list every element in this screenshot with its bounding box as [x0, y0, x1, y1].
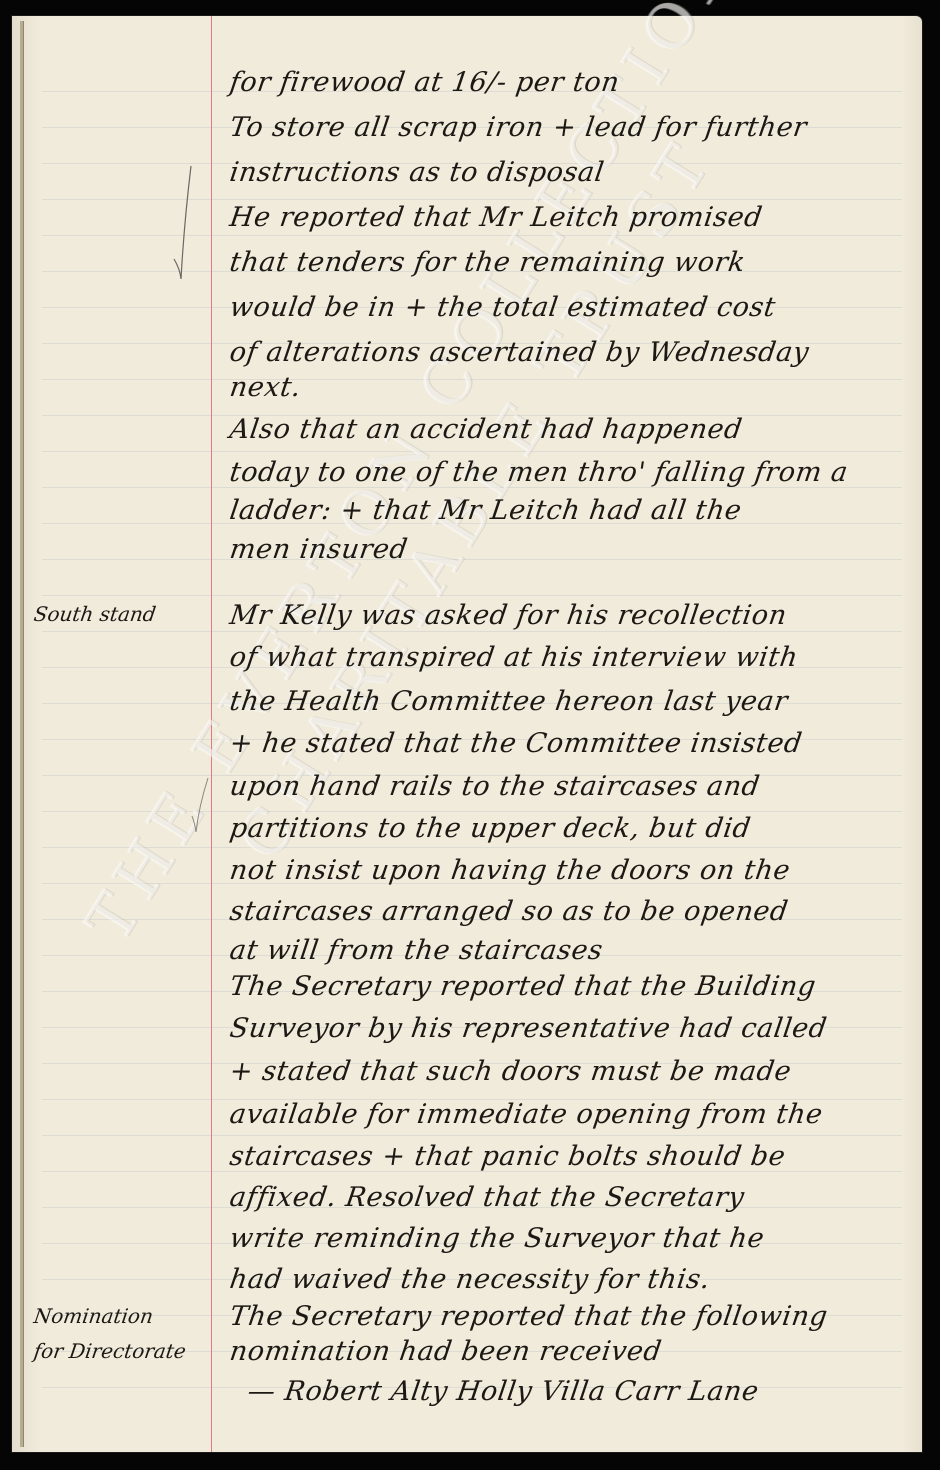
minute-line: The Secretary reported that the Building: [228, 973, 818, 1000]
minute-line: nomination had been received: [228, 1338, 663, 1365]
minute-line: instructions as to disposal: [228, 159, 606, 186]
minute-line: for firewood at 16/- per ton: [228, 69, 621, 96]
minute-line: write reminding the Surveyor that he: [228, 1225, 766, 1252]
minute-line: of alterations ascertained by Wednesday: [228, 339, 811, 366]
minute-line: + he stated that the Committee insisted: [228, 730, 804, 757]
minute-book-page: THE EVERTON COLLECTION CHARITABLE TRUST …: [12, 16, 922, 1452]
minute-line: Also that an accident had happened: [228, 416, 744, 443]
minute-line: available for immediate opening from the: [228, 1101, 824, 1128]
minute-line: Mr Kelly was asked for his recollection: [228, 602, 789, 629]
minute-line: at will from the staircases: [228, 937, 605, 964]
minute-line: upon hand rails to the staircases and: [228, 773, 761, 800]
minute-line: next.: [228, 374, 303, 401]
minute-line: staircases arranged so as to be opened: [228, 898, 790, 925]
margin-label-directorate: for Directorate: [32, 1339, 187, 1363]
red-margin-rule: [211, 16, 212, 1452]
nominee-line: — Robert Alty Holly Villa Carr Lane: [246, 1378, 760, 1405]
minute-line: + stated that such doors must be made: [228, 1058, 793, 1085]
minute-line: today to one of the men thro' falling fr…: [228, 459, 850, 486]
minute-line: To store all scrap iron + lead for furth…: [228, 114, 809, 141]
minute-line: affixed. Resolved that the Secretary: [228, 1184, 746, 1211]
minute-line: that tenders for the remaining work: [228, 249, 747, 276]
minute-line: of what transpired at his interview with: [228, 644, 800, 671]
margin-label-nomination: Nomination: [32, 1304, 154, 1328]
minute-line: ladder: + that Mr Leitch had all the: [228, 497, 743, 524]
minute-line: would be in + the total estimated cost: [228, 294, 777, 321]
minute-line: Surveyor by his representative had calle…: [228, 1015, 829, 1042]
minute-line: staircases + that panic bolts should be: [228, 1143, 787, 1170]
minute-line: The Secretary reported that the followin…: [228, 1303, 829, 1330]
minute-line: He reported that Mr Leitch promised: [228, 204, 764, 231]
checkmark-icon: [190, 776, 210, 836]
minute-line: not insist upon having the doors on the: [228, 857, 792, 884]
checkmark-icon: [172, 164, 192, 284]
minute-line: partitions to the upper deck, but did: [228, 815, 752, 842]
minute-line: the Health Committee hereon last year: [228, 688, 790, 715]
minute-line: had waived the necessity for this.: [228, 1266, 712, 1293]
margin-label-south-stand: South stand: [32, 602, 157, 626]
page-binding-edge: [20, 21, 24, 1447]
minute-line: men insured: [228, 536, 409, 563]
